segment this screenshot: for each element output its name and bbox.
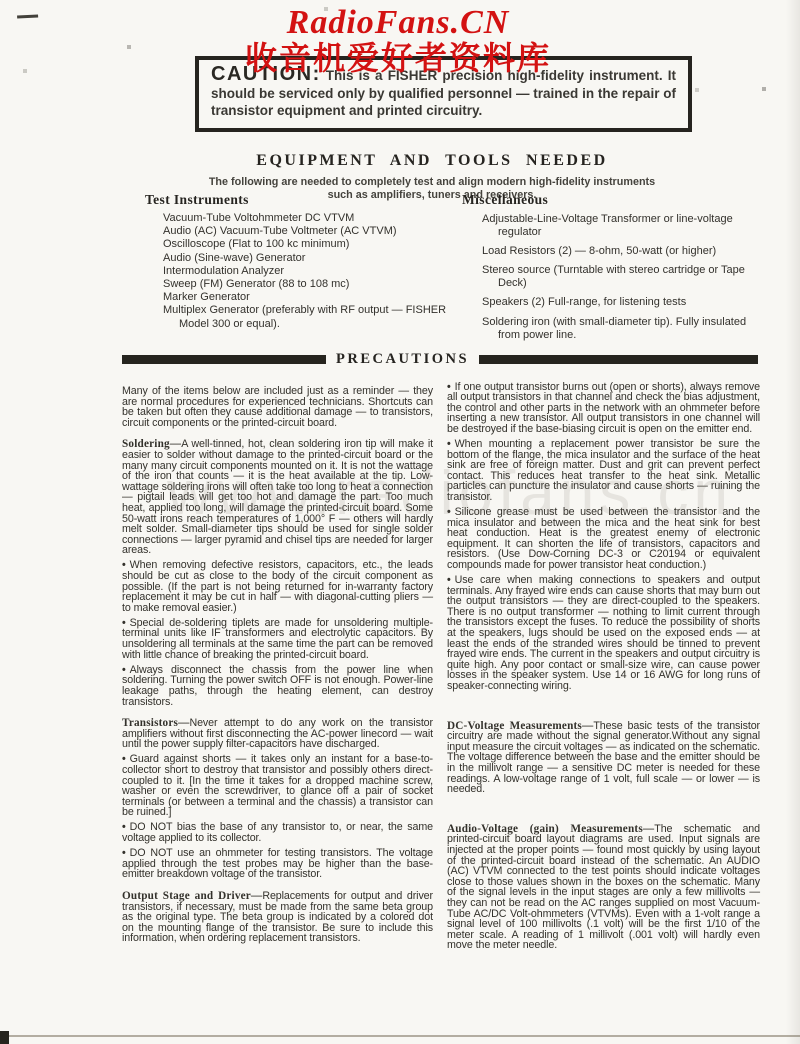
precaution-paragraph: •DO NOT use an ohmmeter for testing tran… bbox=[122, 848, 433, 880]
list-item: Multiplex Generator (preferably with RF … bbox=[163, 304, 465, 330]
miscellaneous-list: Adjustable-Line-Voltage Transformer or l… bbox=[482, 213, 762, 348]
paragraph-text: DO NOT use an ohmmeter for testing trans… bbox=[122, 847, 433, 880]
precaution-paragraph: •Use care when making connections to spe… bbox=[447, 575, 760, 692]
pen-mark bbox=[17, 10, 38, 18]
precaution-paragraph: Output Stage and Driver—Replacements for… bbox=[122, 891, 433, 944]
precaution-paragraph: •When mounting a replacement power trans… bbox=[447, 439, 760, 503]
paragraph-text: Use care when making connections to spea… bbox=[447, 574, 760, 692]
list-item: Adjustable-Line-Voltage Transformer or l… bbox=[482, 213, 762, 239]
paragraph-text: If one output transistor burns out (open… bbox=[447, 381, 760, 435]
paragraph-text: DO NOT bias the base of any transistor t… bbox=[122, 821, 433, 844]
paragraph-text: Always disconnect the chassis from the p… bbox=[122, 664, 433, 708]
precautions-bar-right bbox=[479, 355, 758, 364]
precaution-paragraph: •When removing defective resistors, capa… bbox=[122, 560, 433, 613]
scan-corner-mark bbox=[0, 1031, 9, 1044]
list-item: Soldering iron (with small-diameter tip)… bbox=[482, 316, 762, 342]
precautions-title: PRECAUTIONS bbox=[326, 351, 479, 368]
paragraph-text: A well-tinned, hot, clean soldering iron… bbox=[122, 438, 433, 556]
precaution-paragraph: DC-Voltage Measurements—These basic test… bbox=[447, 721, 760, 795]
precaution-paragraph: Audio-Voltage (gain) Measurements—The sc… bbox=[447, 824, 760, 951]
paragraph-text: The schematic and printed-circuit board … bbox=[447, 823, 760, 952]
precaution-paragraph: •If one output transistor burns out (ope… bbox=[447, 382, 760, 435]
list-item: Stereo source (Turntable with stereo car… bbox=[482, 264, 762, 290]
list-item: Audio (Sine-wave) Generator bbox=[163, 252, 465, 265]
list-item: Audio (AC) Vacuum-Tube Voltmeter (AC VTV… bbox=[163, 225, 465, 238]
precautions-header: PRECAUTIONS bbox=[122, 351, 758, 368]
precaution-paragraph: •Special de-soldering tiplets are made f… bbox=[122, 618, 433, 660]
list-item: Intermodulation Analyzer bbox=[163, 265, 465, 278]
paragraph-text: When mounting a replacement power transi… bbox=[447, 438, 760, 503]
precaution-paragraph: Many of the items below are included jus… bbox=[122, 386, 433, 428]
miscellaneous-heading: Miscellaneous bbox=[462, 192, 548, 208]
test-instruments-list: Vacuum-Tube Voltohmmeter DC VTVM Audio (… bbox=[163, 212, 465, 331]
precaution-paragraph: •Silicone grease must be used between th… bbox=[447, 507, 760, 571]
paragraph-text: Special de-soldering tiplets are made fo… bbox=[122, 617, 433, 661]
list-item: Load Resistors (2) — 8-ohm, 50-watt (or … bbox=[482, 245, 762, 258]
list-item: Marker Generator bbox=[163, 291, 465, 304]
test-instruments-heading: Test Instruments bbox=[145, 192, 249, 208]
precaution-paragraph: Soldering—A well-tinned, hot, clean sold… bbox=[122, 439, 433, 556]
paragraph-text: Many of the items below are included jus… bbox=[122, 385, 433, 429]
paragraph-text: Silicone grease must be used between the… bbox=[447, 506, 760, 571]
precautions-right-column: •If one output transistor burns out (ope… bbox=[447, 377, 760, 951]
list-item: Vacuum-Tube Voltohmmeter DC VTVM bbox=[163, 212, 465, 225]
precaution-paragraph: •DO NOT bias the base of any transistor … bbox=[122, 822, 433, 843]
precautions-left-column: Many of the items below are included jus… bbox=[122, 377, 433, 944]
precautions-bar-left bbox=[122, 355, 326, 364]
list-item: Oscilloscope (Flat to 100 kc minimum) bbox=[163, 238, 465, 251]
page-bottom-edge bbox=[0, 1035, 800, 1037]
precaution-paragraph: •Guard against shorts — it takes only an… bbox=[122, 754, 433, 818]
equipment-intro-line1: The following are needed to completely t… bbox=[122, 176, 742, 189]
paragraph-text: Guard against shorts — it takes only an … bbox=[122, 753, 433, 818]
red-watermark-chinese: 收音机爱好者资料库 bbox=[148, 33, 648, 79]
scan-specks bbox=[0, 0, 2, 2]
scanned-manual-page: RadioFans.CN 收音机爱好者资料库 CAUTION:This is a… bbox=[0, 0, 800, 1044]
precaution-paragraph: Transistors—Never attempt to do any work… bbox=[122, 718, 433, 750]
equipment-title: EQUIPMENT AND TOOLS NEEDED bbox=[122, 152, 742, 170]
paragraph-text: When removing defective resistors, capac… bbox=[122, 559, 433, 613]
list-item: Sweep (FM) Generator (88 to 108 mc) bbox=[163, 278, 465, 291]
list-item: Speakers (2) Full-range, for listening t… bbox=[482, 296, 762, 309]
paragraph-text: These basic tests of the transistor circ… bbox=[447, 720, 760, 796]
scan-right-edge bbox=[786, 0, 800, 1044]
precaution-paragraph: •Always disconnect the chassis from the … bbox=[122, 665, 433, 707]
